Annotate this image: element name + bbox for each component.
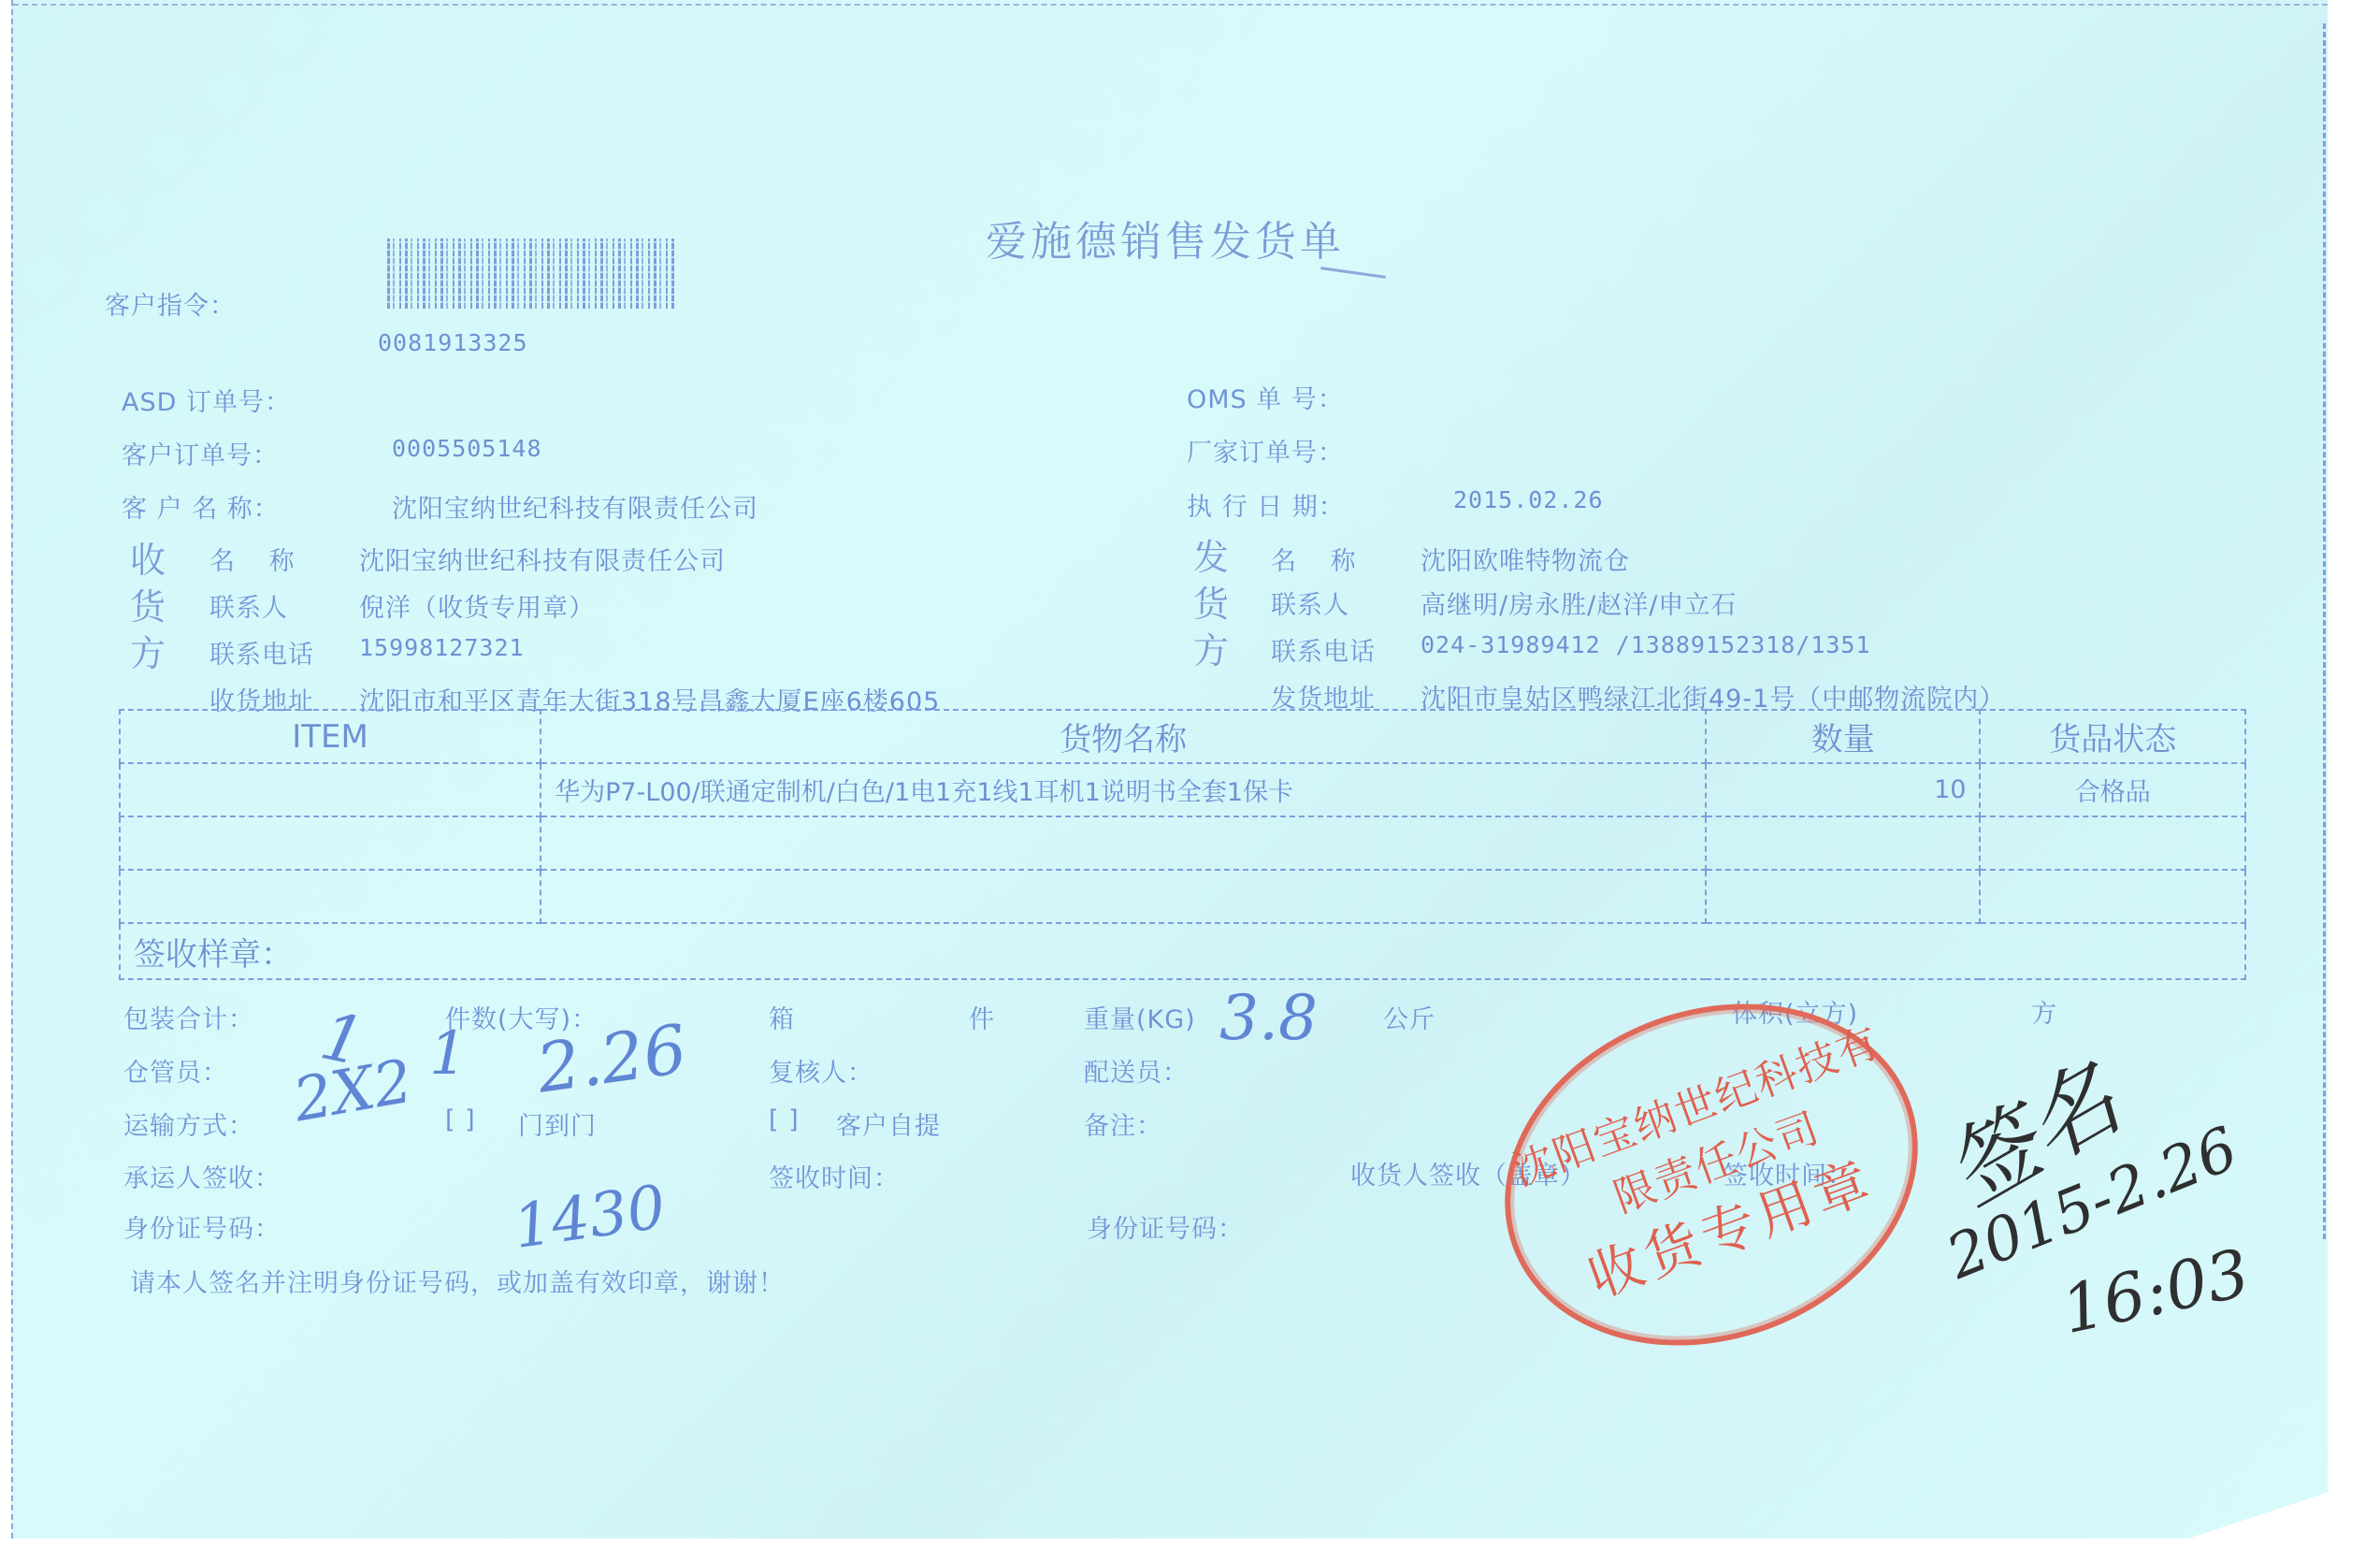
delivery-person-label: 配送员： (1084, 1052, 1189, 1089)
pen-stroke (1320, 267, 1386, 279)
exec-date-value: 2015.02.26 (1453, 486, 1604, 513)
exec-date-label: 执 行 日 期： (1187, 486, 1345, 523)
oms-order-label: OMS 单 号： (1187, 379, 1344, 415)
sender-side-char-1: 发 (1193, 528, 1230, 580)
handwritten-weight: 3.8 (1219, 982, 1318, 1054)
id-number-label: 身份证号码： (123, 1208, 281, 1245)
table-row: 华为P7-L00/联通定制机/白色/1电1充1线1耳机1说明书全套1保卡 10 … (120, 763, 2245, 816)
asd-order-label: ASD 订单号： (122, 382, 291, 418)
receiver-contact-label: 联系人 (209, 587, 288, 624)
package-total-label: 包装合计： (123, 999, 254, 1035)
table-row (120, 816, 2245, 870)
cell-item (120, 870, 541, 923)
document-title: 爱施德销售发货单 (986, 208, 1345, 267)
cell-item (120, 816, 541, 870)
customer-instruction-label: 客户指令： (105, 285, 236, 322)
sign-sample-label: 签收样章： (120, 923, 2245, 979)
self-pickup-checkbox[interactable]: [ ] (769, 1105, 800, 1134)
header-item: ITEM (120, 710, 541, 763)
door-to-door-checkbox[interactable]: [ ] (445, 1105, 476, 1134)
cell-status: 合格品 (1980, 763, 2245, 816)
header-status: 货品状态 (1980, 710, 2245, 763)
receipt-stamp: 沈阳宝纳世纪科技有限责任公司 收货专用章 (1456, 947, 1966, 1401)
sender-side-char-3: 方 (1193, 622, 1230, 673)
table-header-row: ITEM 货物名称 数量 货品状态 (120, 710, 2245, 763)
receiver-phone-label: 联系电话 (209, 634, 314, 671)
header-quantity: 数量 (1706, 710, 1980, 763)
handwritten-time-mark: 1430 (510, 1173, 671, 1263)
receiver-side-char-3: 方 (130, 625, 166, 676)
self-pickup-label: 客户自提 (836, 1105, 941, 1142)
cell-status (1980, 816, 2245, 870)
receiver-id-number-label: 身份证号码： (1087, 1208, 1244, 1245)
header-goods-name: 货物名称 (541, 710, 1706, 763)
receiver-name-value: 沈阳宝纳世纪科技有限责任公司 (359, 541, 726, 577)
cell-status (1980, 870, 2245, 923)
piece-unit-label: 件 (969, 999, 995, 1035)
reviewer-label: 复核人： (769, 1052, 873, 1089)
sender-contact-label: 联系人 (1271, 585, 1349, 621)
cell-goods-name (541, 816, 1706, 870)
transport-label: 运输方式： (123, 1105, 254, 1142)
sender-contact-value: 高继明/房永胜/赵洋/申立石 (1421, 585, 1737, 621)
receiver-side-char-2: 货 (130, 578, 166, 629)
weight-label: 重量(KG) (1084, 999, 1196, 1035)
customer-name-label: 客 户 名 称： (122, 488, 280, 525)
weight-unit: 公斤 (1383, 999, 1435, 1035)
customer-order-label: 客户订单号： (122, 435, 279, 471)
barcode-icon (387, 238, 677, 309)
box-label: 箱 (769, 999, 795, 1035)
customer-order-value: 0005505148 (392, 435, 542, 462)
handwritten-sign-time: 16:03 (2055, 1235, 2256, 1349)
sender-name-value: 沈阳欧唯特物流仓 (1421, 541, 1630, 577)
cell-goods-name (541, 870, 1706, 923)
sign-sample-row: 签收样章： (120, 923, 2245, 979)
sign-time-label: 签收时间： (769, 1158, 900, 1194)
notice-text: 请本人签名并注明身份证号码，或加盖有效印章，谢谢！ (130, 1263, 785, 1299)
remark-label: 备注： (1084, 1105, 1162, 1142)
handwritten-pieces: 1 (429, 1019, 468, 1089)
cell-quantity: 10 (1706, 763, 1980, 816)
customer-instruction-number: 0081913325 (378, 329, 528, 356)
receiver-side-char-1: 收 (130, 531, 166, 583)
cell-item (120, 763, 541, 816)
cell-quantity (1706, 870, 1980, 923)
delivery-note-paper: 爱施德销售发货单 客户指令： 0081913325 ASD 订单号： 客户订单号… (11, 0, 2328, 1538)
receiver-name-label: 名 称 (209, 541, 308, 577)
warehouse-keeper-label: 仓管员： (123, 1052, 228, 1089)
receiver-contact-value: 倪洋（收货专用章） (359, 587, 595, 624)
customer-name-value: 沈阳宝纳世纪科技有限责任公司 (392, 488, 758, 525)
sender-phone-value: 024-31989412 /13889152318/1351 (1421, 631, 1871, 658)
sender-side-char-2: 货 (1193, 575, 1230, 627)
carrier-sign-label: 承运人签收： (123, 1158, 281, 1194)
door-to-door-label: 门到门 (518, 1105, 597, 1142)
cell-quantity (1706, 816, 1980, 870)
sender-name-label: 名 称 (1271, 541, 1369, 577)
factory-order-label: 厂家订单号： (1187, 432, 1344, 469)
volume-unit: 方 (2031, 993, 2057, 1030)
handwritten-carrier-mark: 2X2 (289, 1047, 418, 1136)
receiver-phone-value: 15998127321 (359, 634, 525, 661)
cell-goods-name: 华为P7-L00/联通定制机/白色/1电1充1线1耳机1说明书全套1保卡 (541, 763, 1706, 816)
goods-table: ITEM 货物名称 数量 货品状态 华为P7-L00/联通定制机/白色/1电1充… (119, 709, 2246, 980)
table-row (120, 870, 2245, 923)
sender-phone-label: 联系电话 (1271, 631, 1376, 668)
